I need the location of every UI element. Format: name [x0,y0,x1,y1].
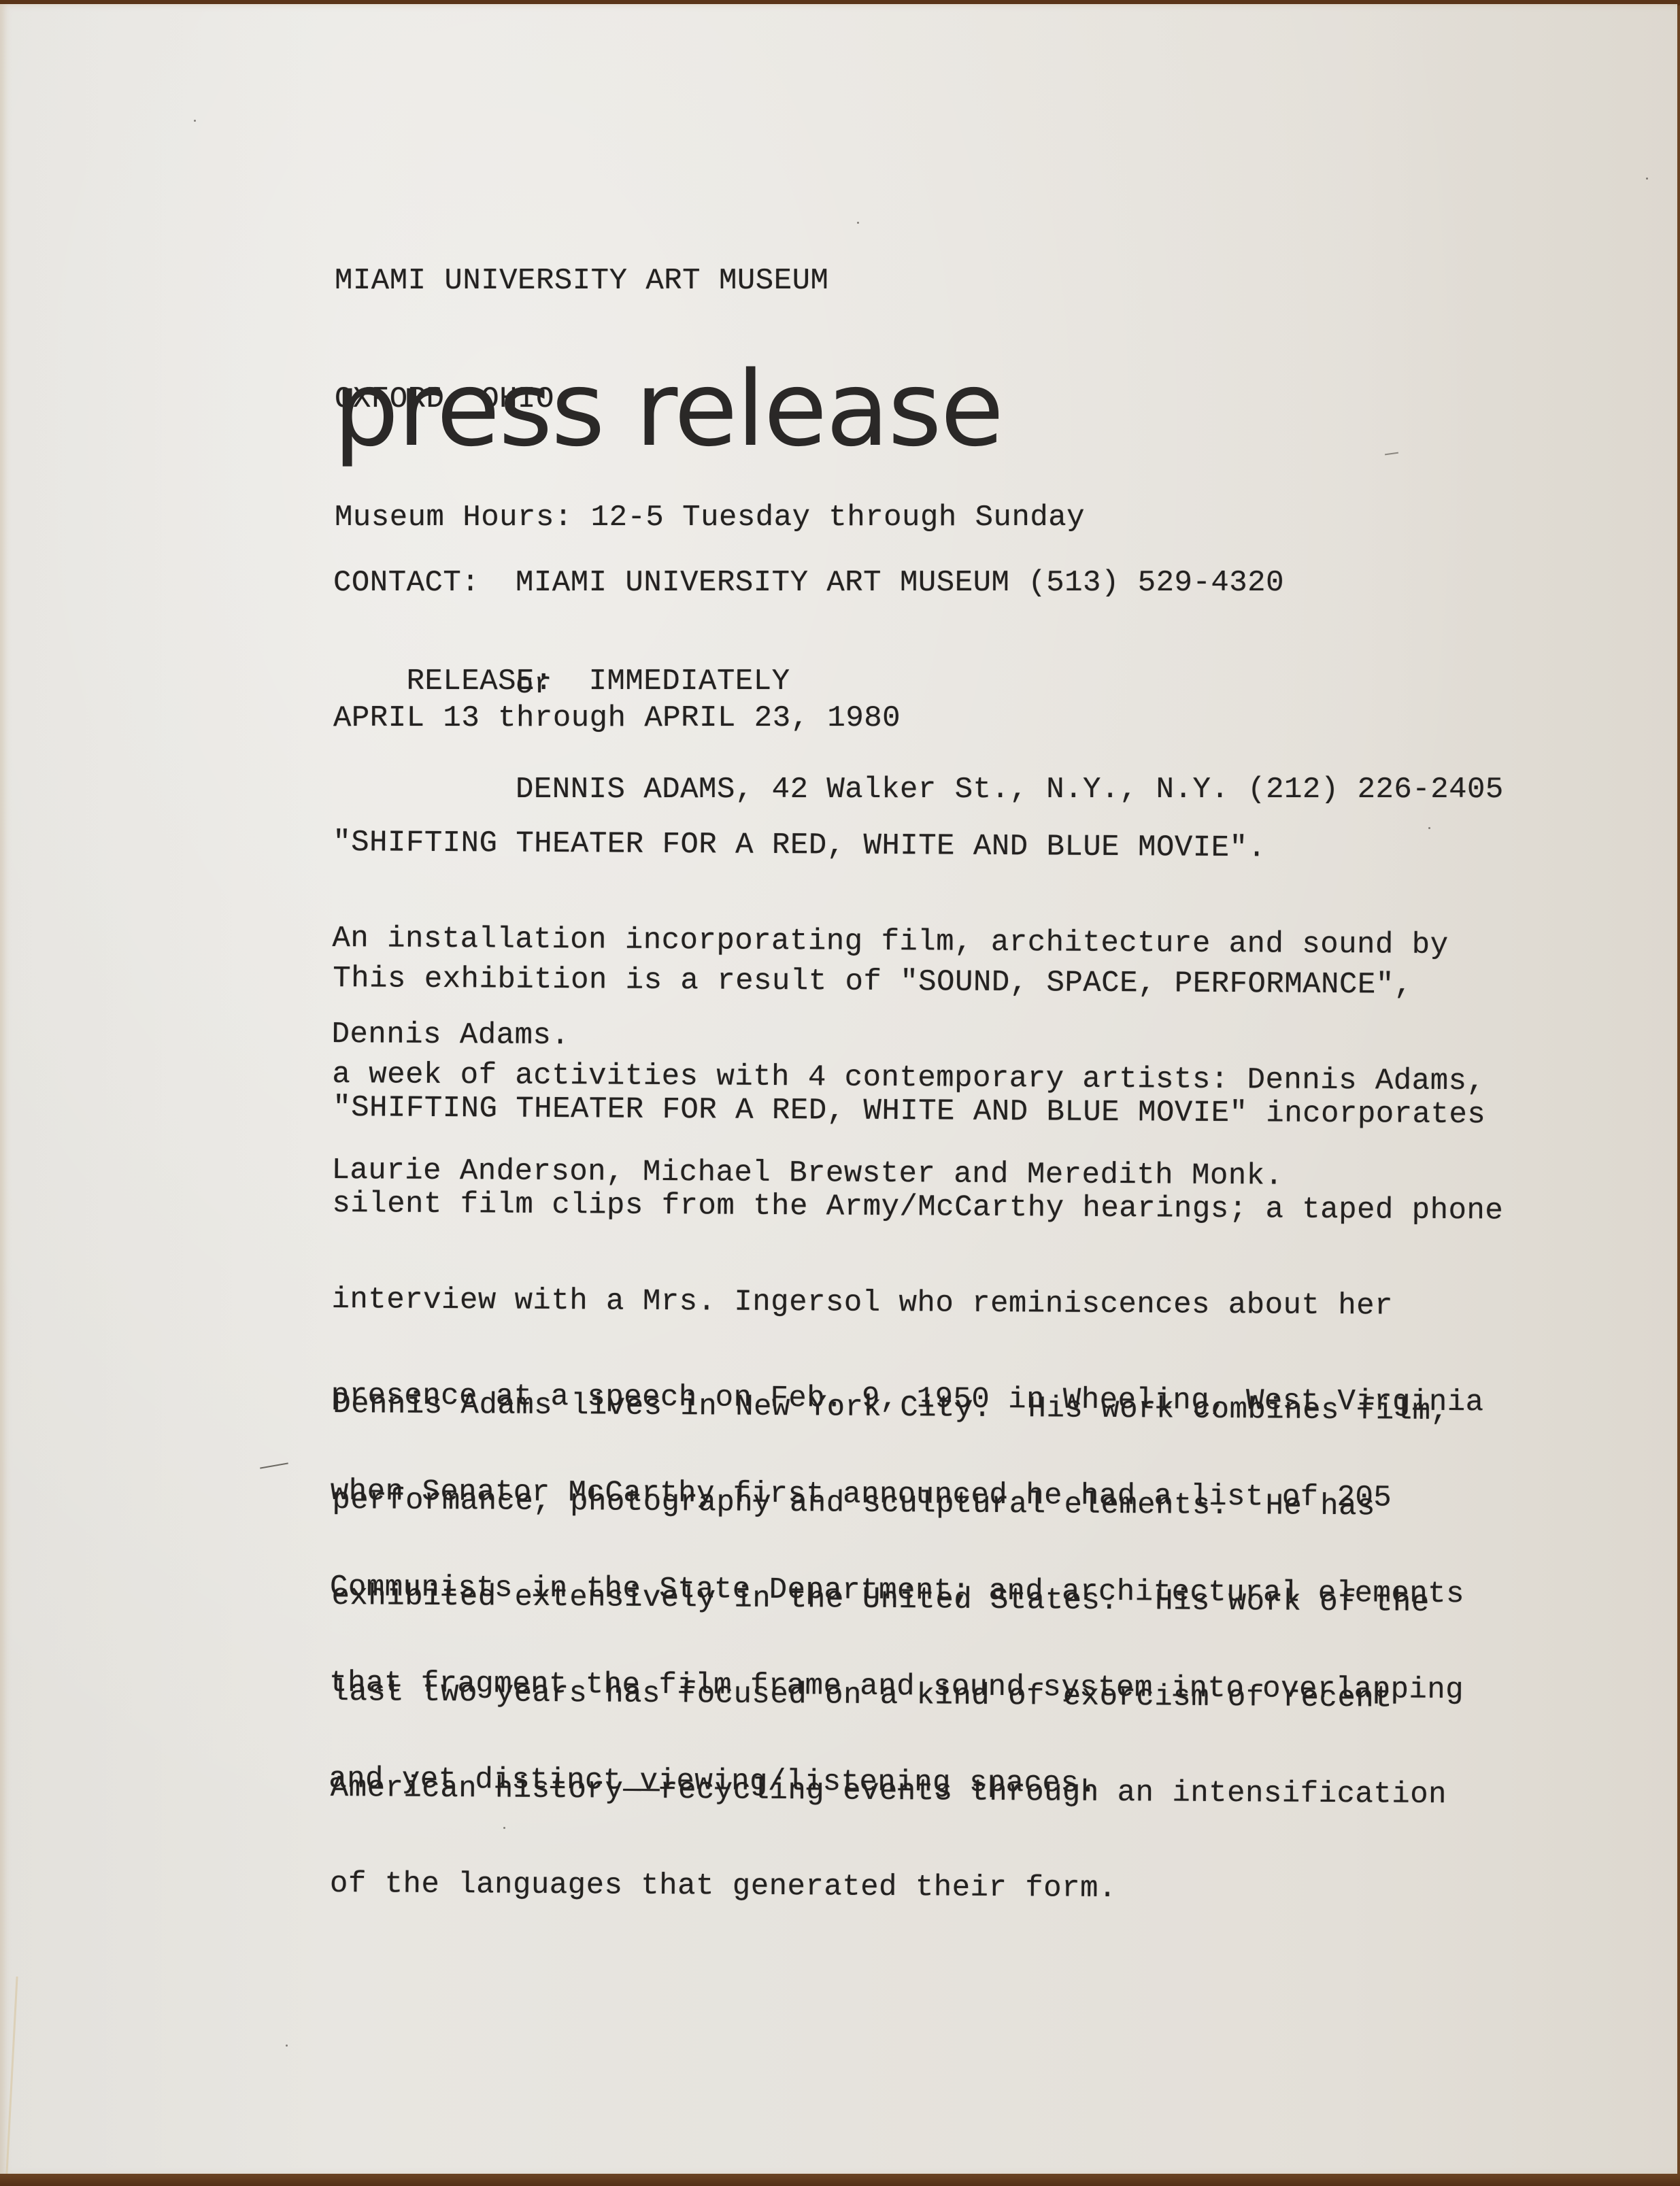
paragraph-line: American history——recycling events throu… [331,1772,1447,1811]
paragraph-line: performance, photography and sculptural … [332,1485,1448,1524]
release-label: RELEASE: [407,665,589,698]
press-release-sheet: MIAMI UNIVERSITY ART MUSEUM OXFORD, OHIO… [0,4,1677,2175]
paragraph-line: "SHIFTING THEATER FOR A RED, WHITE AND B… [333,1092,1504,1132]
paragraph-line: last two years has focused on a kind of … [331,1677,1447,1715]
paragraph-artist-bio: Dennis Adams lives in New York City. His… [329,1325,1449,1971]
exhibition-dates: APRIL 13 through APRIL 23, 1980 [333,702,901,735]
museum-name: MIAMI UNIVERSITY ART MUSEUM [335,261,1085,301]
paragraph-line: This exhibition is a result of "SOUND, S… [333,963,1485,1002]
paragraph-line: "SHIFTING THEATER FOR A RED, WHITE AND B… [333,827,1449,866]
paper-fold-crease [0,1977,18,2174]
contact-label: CONTACT: [333,566,516,600]
paragraph-line: silent film clips from the Army/McCarthy… [332,1188,1503,1228]
paragraph-line: Dennis Adams lives in New York City. His… [333,1389,1449,1428]
paragraph-line: exhibited extensively in the United Stat… [331,1581,1447,1619]
page-title: press release [333,358,1003,461]
release-value: IMMEDIATELY [589,665,790,699]
stray-pen-mark [1385,452,1398,456]
table-surface-bottom [0,2174,1680,2186]
paragraph-line: of the languages that generated their fo… [330,1868,1446,1907]
paragraph-line: interview with a Mrs. Ingersol who remin… [331,1284,1502,1324]
stray-pen-mark [260,1462,288,1468]
contact-museum: MIAMI UNIVERSITY ART MUSEUM (513) 529-43… [516,566,1284,600]
